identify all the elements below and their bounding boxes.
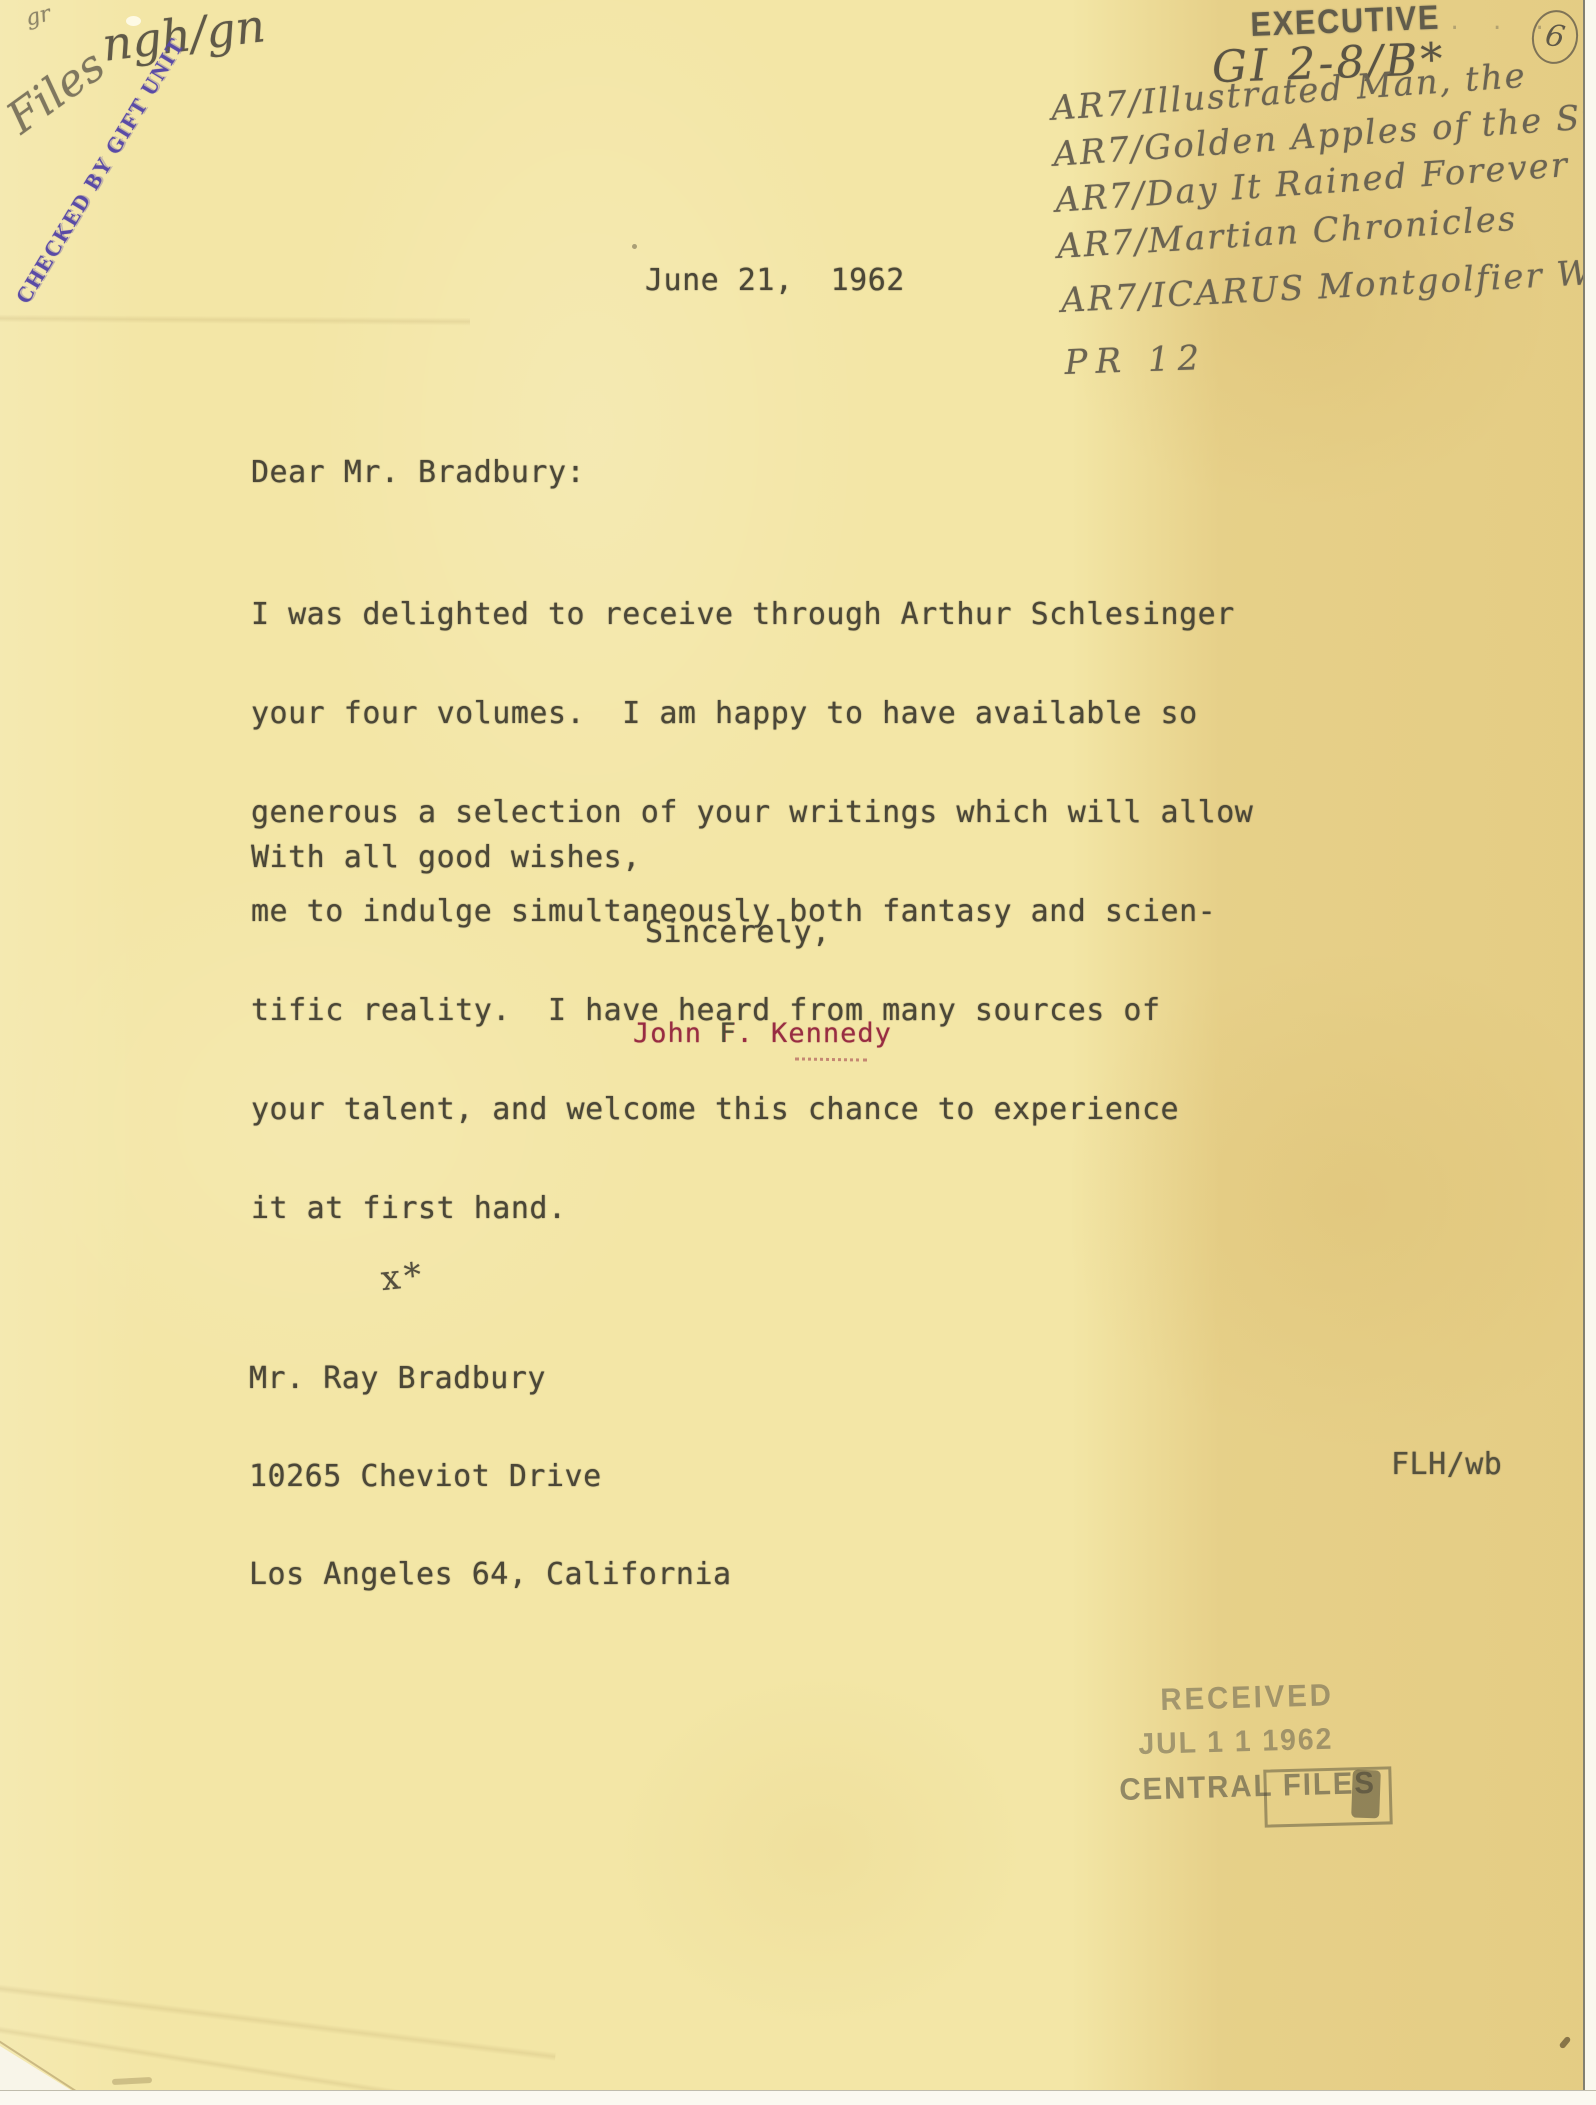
received-stamp-line1: RECEIVED [1160,1679,1334,1715]
folded-corner [0,2046,74,2092]
salutation: Dear Mr. Bradbury: [251,458,585,488]
received-stamp-date: JUL 1 1 1962 [1138,1725,1334,1760]
recipient-city: Los Angeles 64, California [249,1560,732,1598]
recipient-street: 10265 Cheviot Drive [249,1462,732,1500]
scan-edge-bottom [0,2090,1596,2105]
page-number: 6 [1543,21,1567,54]
signature-stamp: John F. Kennedy [633,1020,892,1047]
signature-overstruck-initial: F [719,1018,736,1049]
paper-crease [0,1984,556,2061]
typist-initials: FLH/wb [1391,1450,1502,1480]
body-line: it at first hand. [251,1194,1253,1233]
scan-edge-right [1583,0,1596,2105]
body-line: your four volumes. I am happy to have av… [251,699,1253,738]
body-line: generous a selection of your writings wh… [251,798,1253,837]
pencil-scribble-large: ngh/gn [100,2,268,68]
signature-first-name: John [633,1018,719,1049]
filing-annotation-line: PR 12 [1064,341,1208,380]
body-line: I was delighted to receive through Arthu… [251,600,1253,639]
files-pencil-note: Files [0,43,113,142]
body-line: your talent, and welcome this chance to … [251,1095,1253,1134]
signature-last-name: . Kennedy [737,1018,892,1049]
scanned-letter-page: gr ngh/gn Files CHECKED BY GIFT UNIT EXE… [0,0,1596,2105]
letter-date: June 21, 1962 [645,266,905,296]
recipient-name: Mr. Ray Bradbury [249,1364,732,1402]
paper-blemish [632,244,637,249]
signoff-line: Sincerely, [645,918,831,948]
closing-line: With all good wishes, [251,843,641,873]
paper-edge-nick [112,2077,152,2085]
received-stamp-ink-blot [1351,1770,1381,1819]
recipient-address: Mr. Ray Bradbury 10265 Cheviot Drive Los… [249,1304,732,1658]
pencil-scribble-small: gr [24,3,53,30]
pencil-check-mark: x* [379,1258,426,1296]
paper-crease [0,314,470,325]
